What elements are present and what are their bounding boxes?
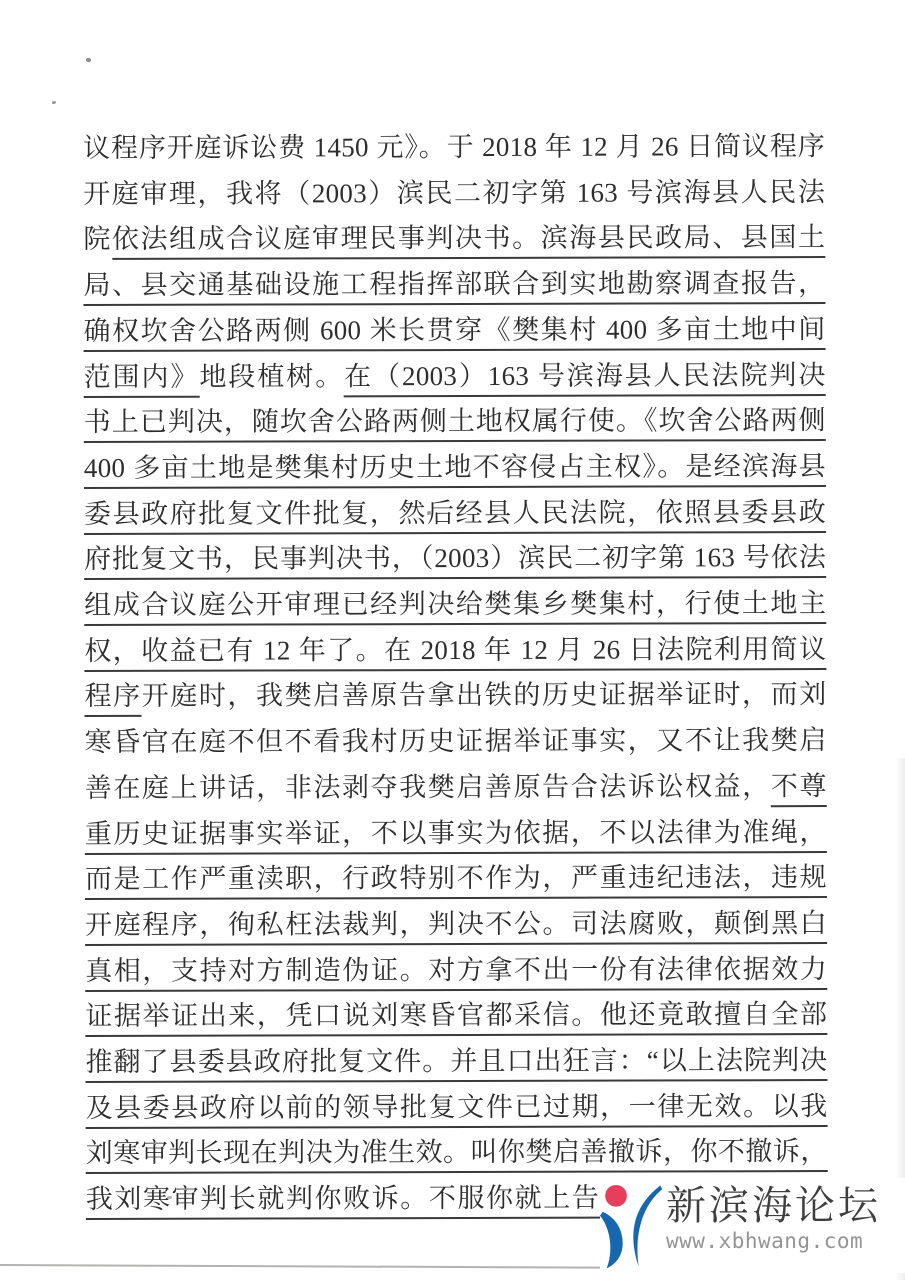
- underlined-text: 真相，支持对方制造伪证。对方拿不出一份有法律依据效力: [85, 954, 827, 992]
- underlined-text: 书上已判决，随坎舍公路两侧土地权属行使。《坎舍公路两侧: [84, 405, 826, 443]
- watermark-url: www.xbhwang.com: [666, 1229, 881, 1253]
- underlined-text: 证据举证出来，凭口说刘寒昏官都采信。他还竟敢擅自全部: [85, 999, 827, 1037]
- text: 开庭审理，我将（2003）滨民二初字第 163 号滨海县人民法: [83, 177, 825, 209]
- text-line: 400 多亩土地是樊集村历史土地不容侵占主权》。是经滨海县: [84, 444, 826, 492]
- underlined-text: 及县委县政府以前的领导批复文件已过期，一律无效。以我: [86, 1091, 828, 1129]
- underlined-text: 开庭程序，徇私枉法裁判，判决不公。司法腐败，颠倒黑白: [85, 908, 827, 946]
- logo-red-dot: [605, 1185, 627, 1207]
- underlined-text: 依法组成合议庭审理民事判决书。滨海县民政局、县国土: [112, 222, 825, 260]
- text-line: 开庭审理，我将（2003）滨民二初字第 163 号滨海县人民法: [83, 170, 825, 218]
- underlined-text: 重历史证据事实举证，不以事实为依据，不以法律为准绳，: [85, 817, 827, 855]
- text: 寒昏官在庭不但不看我村历史证据举证事实，又不让我樊启: [85, 725, 827, 757]
- text: 议程序开庭诉讼费 1450 元》。于 2018 年 12 月 26 日简议程序: [83, 131, 825, 163]
- underlined-text: 局、县交通基础设施工程指挥部联合到实地勘察调查报告，: [83, 268, 825, 306]
- text-line: 及县委县政府以前的领导批复文件已过期，一律无效。以我: [86, 1084, 828, 1132]
- text-line: 书上已判决，随坎舍公路两侧土地权属行使。《坎舍公路两侧: [84, 398, 826, 446]
- text-line: 而是工作严重渎职，行政特别不作为，严重违纪违法，违规: [85, 855, 827, 903]
- text-line: 议程序开庭诉讼费 1450 元》。于 2018 年 12 月 26 日简议程序: [83, 124, 825, 172]
- text-line: 确权坎舍公路两侧 600 米长贯穿《樊集村 400 多亩土地中间: [83, 307, 825, 355]
- watermark-text: 新滨海论坛 www.xbhwang.com: [666, 1178, 881, 1253]
- underlined-text: 范围内》: [84, 361, 200, 397]
- underlined-text: 在（2003）163 号滨海县人民法院判决: [344, 360, 826, 397]
- underlined-text: 推翻了县委县政府批复文件。并且口出狂言：“以上法院判决: [85, 1045, 827, 1083]
- text-line: 刘寒审判长现在判决为准生效。叫你樊启善撤诉，你不撤诉，: [86, 1130, 828, 1178]
- underlined-text: 不尊: [771, 771, 827, 807]
- text: 地段植树。: [199, 361, 344, 391]
- text: 善在庭上讲话，非法剥夺我樊启善原告合法诉讼权益，: [85, 771, 771, 803]
- scanned-document-page: 议程序开庭诉讼费 1450 元》。于 2018 年 12 月 26 日简议程序开…: [0, 0, 905, 1280]
- underlined-text: 而是工作严重渎职，行政特别不作为，严重违纪违法，违规: [85, 862, 827, 900]
- text-line: 院依法组成合议庭审理民事判决书。滨海县民政局、县国土: [83, 215, 825, 263]
- watermark: 新滨海论坛 www.xbhwang.com: [600, 1178, 905, 1273]
- text-line: 局、县交通基础设施工程指挥部联合到实地勘察调查报告，: [83, 261, 825, 309]
- text-line: 证据举证出来，凭口说刘寒昏官都采信。他还竟敢擅自全部: [85, 992, 827, 1040]
- scan-speck: [347, 1200, 353, 1203]
- text-line: 开庭程序，徇私枉法裁判，判决不公。司法腐败，颠倒黑白: [85, 901, 827, 949]
- underlined-text: 权，收益已有 12 年了。在 2018 年 12 月 26 日法院利用简议: [84, 634, 826, 672]
- text-line: 善在庭上讲话，非法剥夺我樊启善原告合法诉讼权益，不尊: [85, 764, 827, 812]
- underlined-text: 确权坎舍公路两侧 600 米长贯穿《樊集村 400 多亩土地中间: [83, 314, 825, 352]
- scan-speck: [52, 101, 57, 105]
- underlined-text: 府批复文书，民事判决书，（2003）滨民二初字第 163 号依法: [84, 542, 826, 580]
- document-text: 议程序开庭诉讼费 1450 元》。于 2018 年 12 月 26 日简议程序开…: [83, 124, 828, 1223]
- text: 开庭时，我樊启善原告拿出铁的历史证据举证时，而刘: [142, 679, 827, 711]
- text-line: 委县政府批复文件批复，然后经县人民法院，依照县委县政: [84, 490, 826, 538]
- logo-blue-crescent: [633, 1185, 662, 1266]
- text-line: 推翻了县委县政府批复文件。并且口出狂言：“以上法院判决: [85, 1038, 827, 1086]
- underlined-text: 程序: [84, 681, 141, 717]
- xbhwang-logo-icon: [600, 1182, 666, 1270]
- scan-speck: [85, 57, 91, 63]
- text-line: 寒昏官在庭不但不看我村历史证据举证事实，又不让我樊启: [85, 718, 827, 766]
- text-line: 组成合议庭公开审理已经判决给樊集乡樊集村，行使土地主: [84, 581, 826, 629]
- underlined-text: 委县政府批复文件批复，然后经县人民法院，依照县委县政: [84, 497, 826, 535]
- watermark-title: 新滨海论坛: [666, 1184, 881, 1228]
- underlined-text: 刘寒审判长现在判决为准生效。叫你樊启善撤诉，你不撤诉，: [86, 1137, 828, 1175]
- text-line: 范围内》地段植树。在（2003）163 号滨海县人民法院判决: [84, 353, 826, 401]
- text-line: 权，收益已有 12 年了。在 2018 年 12 月 26 日法院利用简议: [84, 627, 826, 675]
- scan-speck: [167, 1196, 172, 1199]
- underlined-text: 组成合议庭公开审理已经判决给樊集乡樊集村，行使土地主: [84, 588, 826, 626]
- text: 院: [83, 224, 112, 254]
- logo-blue-hook: [600, 1212, 623, 1269]
- text-line: 程序开庭时，我樊启善原告拿出铁的历史证据举证时，而刘: [84, 672, 826, 720]
- scan-speck: [427, 511, 431, 515]
- underlined-text: 400 多亩土地是樊集村历史土地不容侵占主权》。是经滨海县: [84, 451, 826, 489]
- scan-speck: [200, 648, 203, 652]
- text-line: 重历史证据事实举证，不以事实为依据，不以法律为准绳，: [85, 810, 827, 858]
- text-line: 真相，支持对方制造伪证。对方拿不出一份有法律依据效力: [85, 947, 827, 995]
- text-line: 府批复文书，民事判决书，（2003）滨民二初字第 163 号依法: [84, 535, 826, 583]
